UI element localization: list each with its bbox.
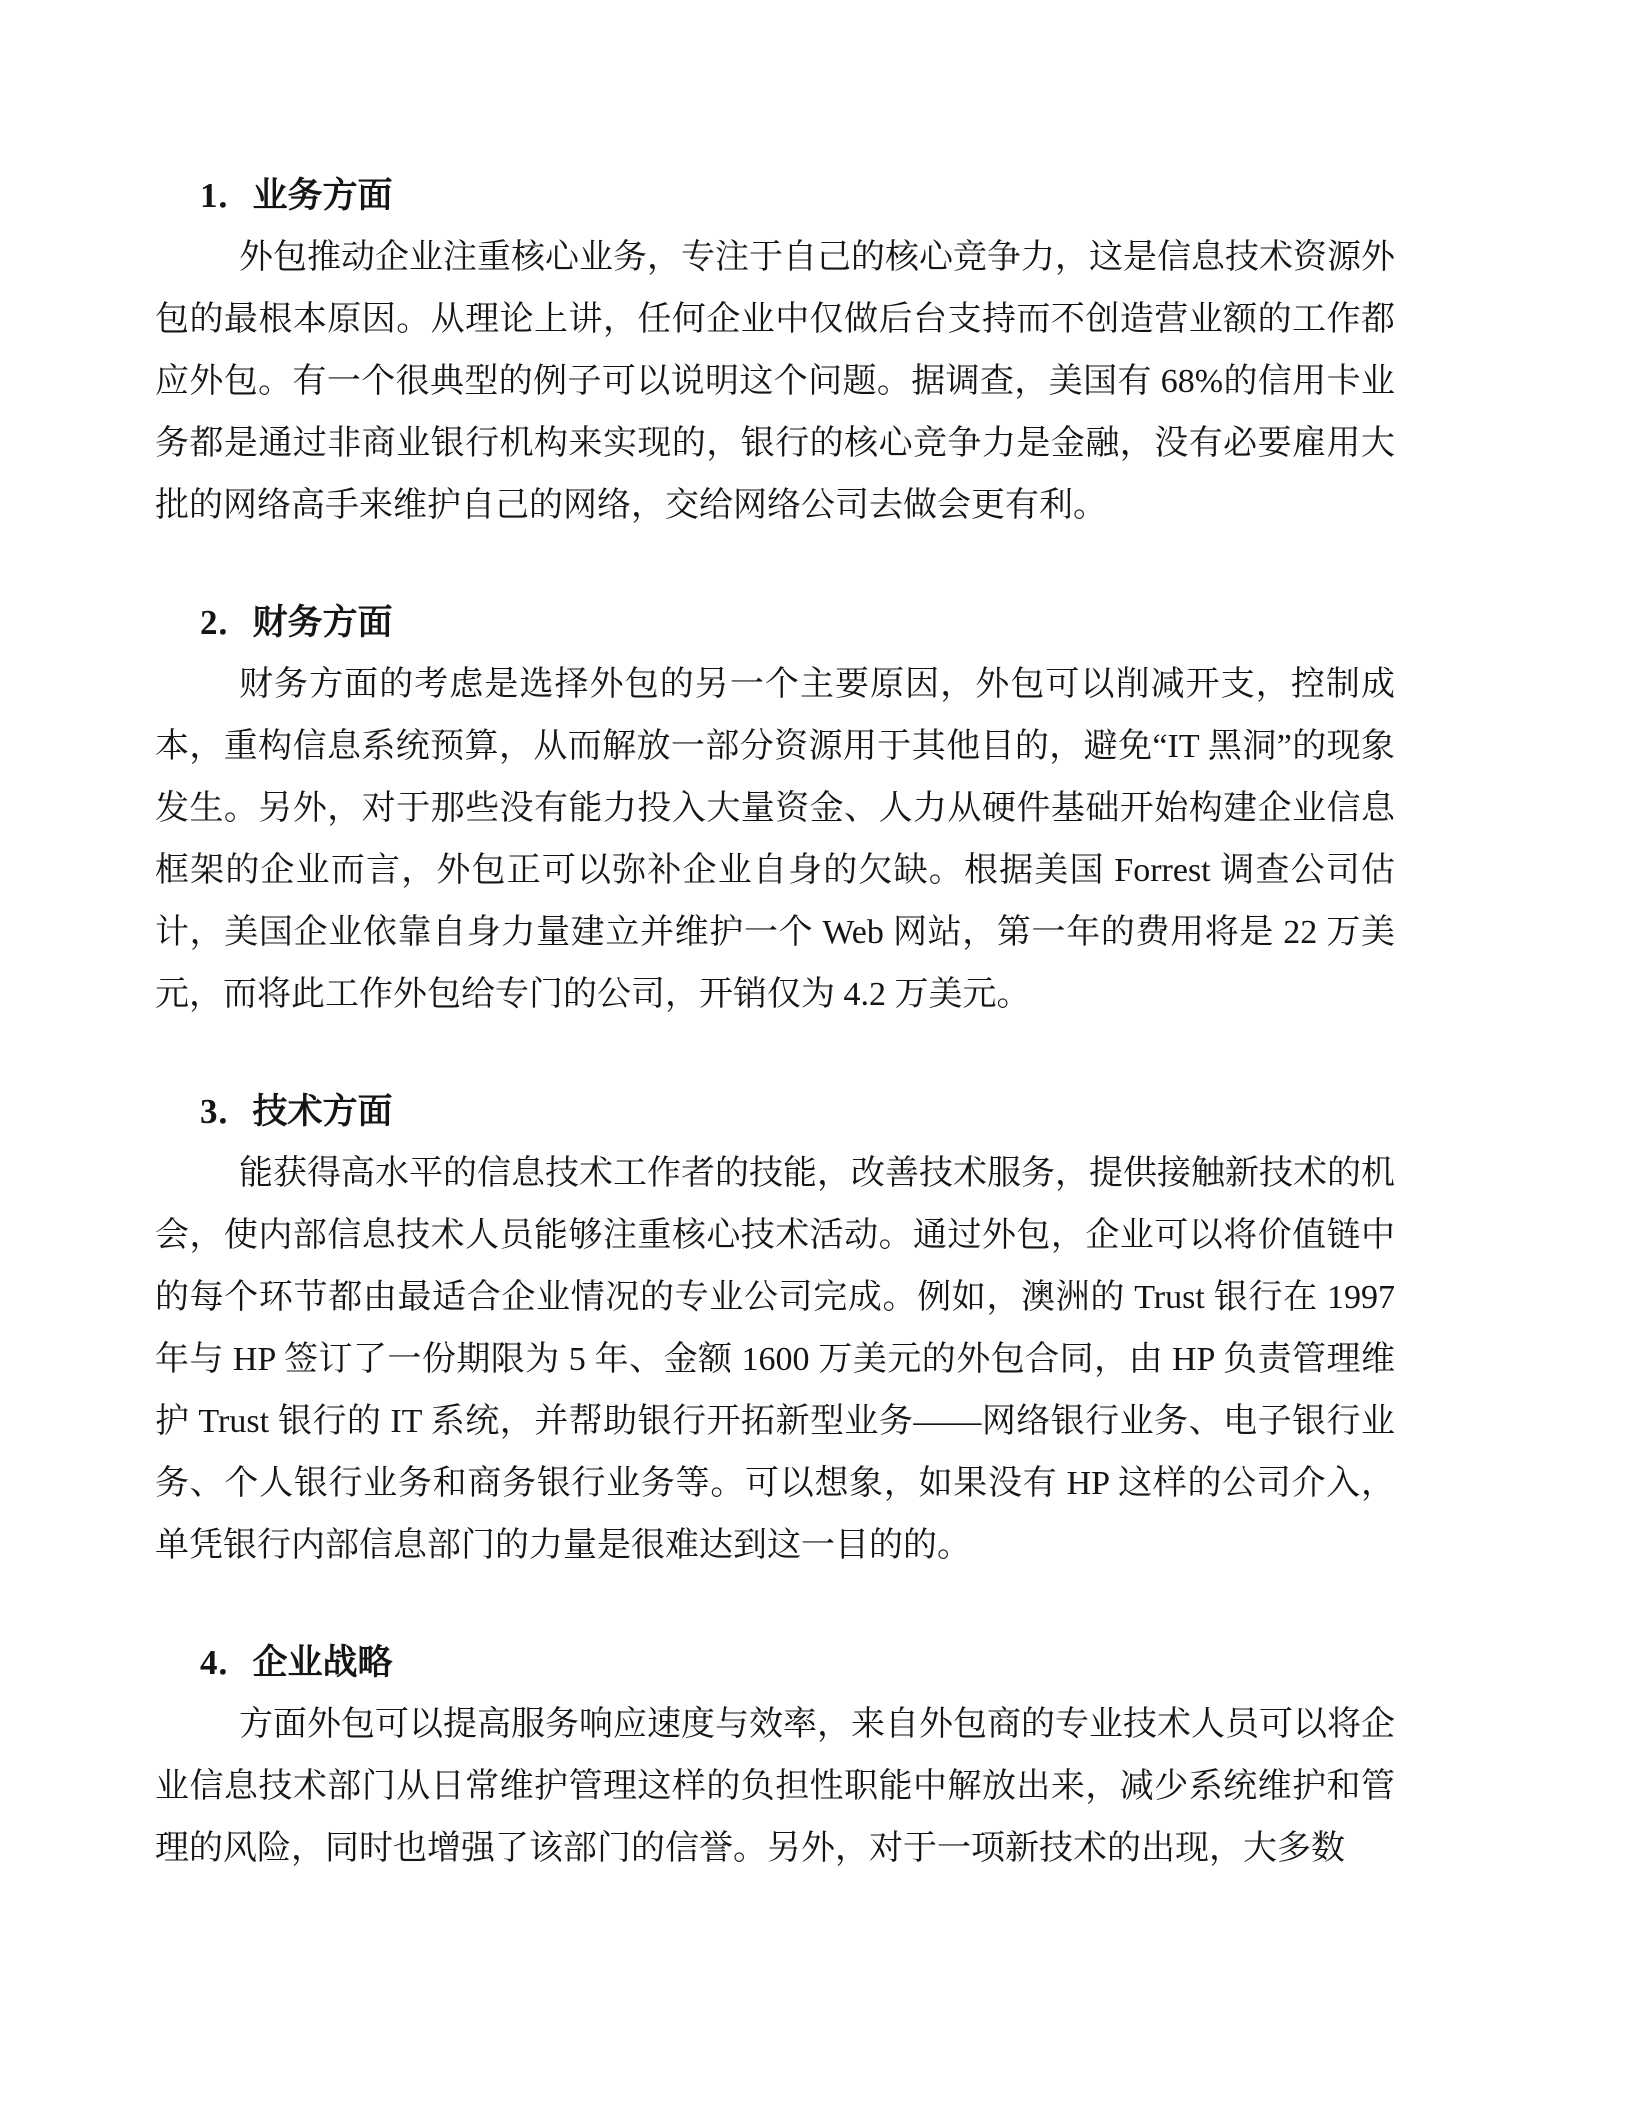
- section-paragraph-business: 外包推动企业注重核心业务，专注于自己的核心竞争力，这是信息技术资源外包的最根本原…: [155, 227, 1395, 537]
- section-heading-strategy: 4．企业战略: [200, 1632, 1395, 1694]
- section-heading-technology: 3．技术方面: [200, 1081, 1395, 1143]
- section-business: 1．业务方面 外包推动企业注重核心业务，专注于自己的核心竞争力，这是信息技术资源…: [155, 165, 1395, 537]
- section-heading-business: 1．业务方面: [200, 165, 1395, 227]
- document-content: 1．业务方面 外包推动企业注重核心业务，专注于自己的核心竞争力，这是信息技术资源…: [155, 165, 1395, 1880]
- document-page: 1．业务方面 外包推动企业注重核心业务，专注于自己的核心竞争力，这是信息技术资源…: [0, 0, 1632, 2112]
- section-finance: 2．财务方面 财务方面的考虑是选择外包的另一个主要原因，外包可以削减开支，控制成…: [155, 592, 1395, 1026]
- section-strategy: 4．企业战略 方面外包可以提高服务响应速度与效率，来自外包商的专业技术人员可以将…: [155, 1632, 1395, 1880]
- section-paragraph-finance: 财务方面的考虑是选择外包的另一个主要原因，外包可以削减开支，控制成本，重构信息系…: [155, 654, 1395, 1026]
- section-paragraph-strategy: 方面外包可以提高服务响应速度与效率，来自外包商的专业技术人员可以将企业信息技术部…: [155, 1694, 1395, 1880]
- section-paragraph-technology: 能获得高水平的信息技术工作者的技能，改善技术服务，提供接触新技术的机会，使内部信…: [155, 1143, 1395, 1577]
- section-heading-finance: 2．财务方面: [200, 592, 1395, 654]
- section-technology: 3．技术方面 能获得高水平的信息技术工作者的技能，改善技术服务，提供接触新技术的…: [155, 1081, 1395, 1577]
